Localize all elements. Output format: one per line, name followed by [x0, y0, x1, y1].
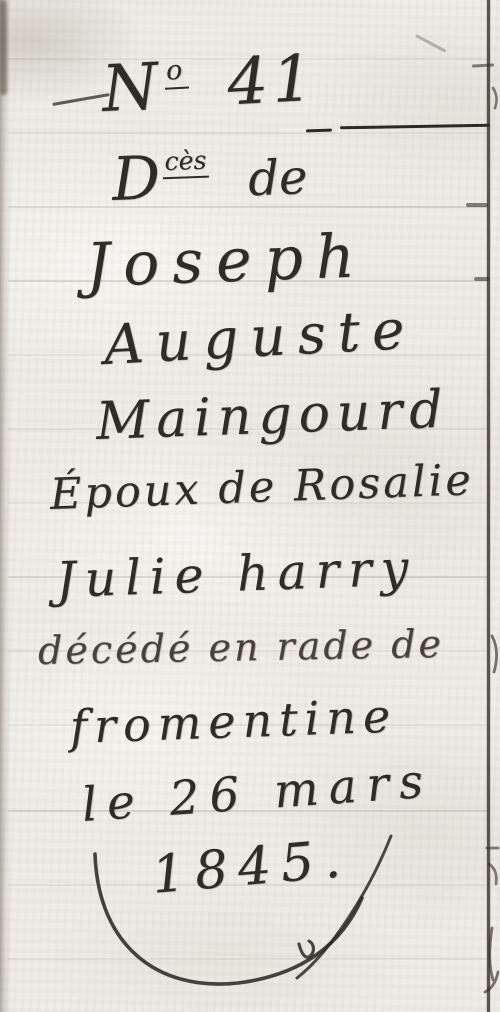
- record-number-prefix: N: [100, 50, 164, 127]
- death-date-line: le 26 mars: [80, 758, 434, 829]
- column-rule-line: [487, 0, 490, 1012]
- ink-tick: [474, 277, 490, 281]
- ruled-line: [8, 206, 488, 208]
- ruled-line: [8, 958, 488, 960]
- given-name-line-1: Joseph: [85, 226, 368, 296]
- number-dash-flourish: [340, 124, 490, 130]
- ink-tick: [472, 63, 494, 67]
- pen-lead-flourish: [52, 93, 110, 106]
- ruled-line: [8, 132, 488, 134]
- page-edge-shadow: [0, 0, 11, 1012]
- page-edge-ink-smudge: [0, 0, 7, 95]
- adjacent-column-ink-fragment: [492, 636, 497, 672]
- deces-particle: de: [247, 149, 308, 207]
- register-page-scan: No 41 Dcès de Joseph Auguste Maingourd É…: [0, 0, 500, 1012]
- deces-initial: D: [111, 143, 162, 215]
- ink-tick: [466, 203, 488, 207]
- record-number-line: No 41: [100, 47, 318, 122]
- death-phrase-line: décédé en rade de: [38, 625, 445, 670]
- record-number-ordinal: o: [163, 54, 189, 89]
- given-name-line-2: Auguste: [103, 302, 418, 373]
- ink-speck: [415, 34, 446, 52]
- adjacent-column-ink-fragment: [493, 88, 497, 108]
- small-v-mark: [299, 941, 313, 957]
- spouse-line-2: Julie harry: [55, 543, 418, 605]
- record-number-value: 41: [225, 42, 318, 121]
- deces-superscript: cès: [162, 146, 209, 180]
- death-place-line: fromentine: [69, 693, 398, 750]
- spouse-line-1: Époux de Rosalie: [49, 459, 474, 517]
- deces-abbreviation-line: Dcès de: [111, 143, 308, 210]
- surname-line: Maingourd: [95, 384, 450, 448]
- death-year-line: 1845.: [150, 833, 353, 902]
